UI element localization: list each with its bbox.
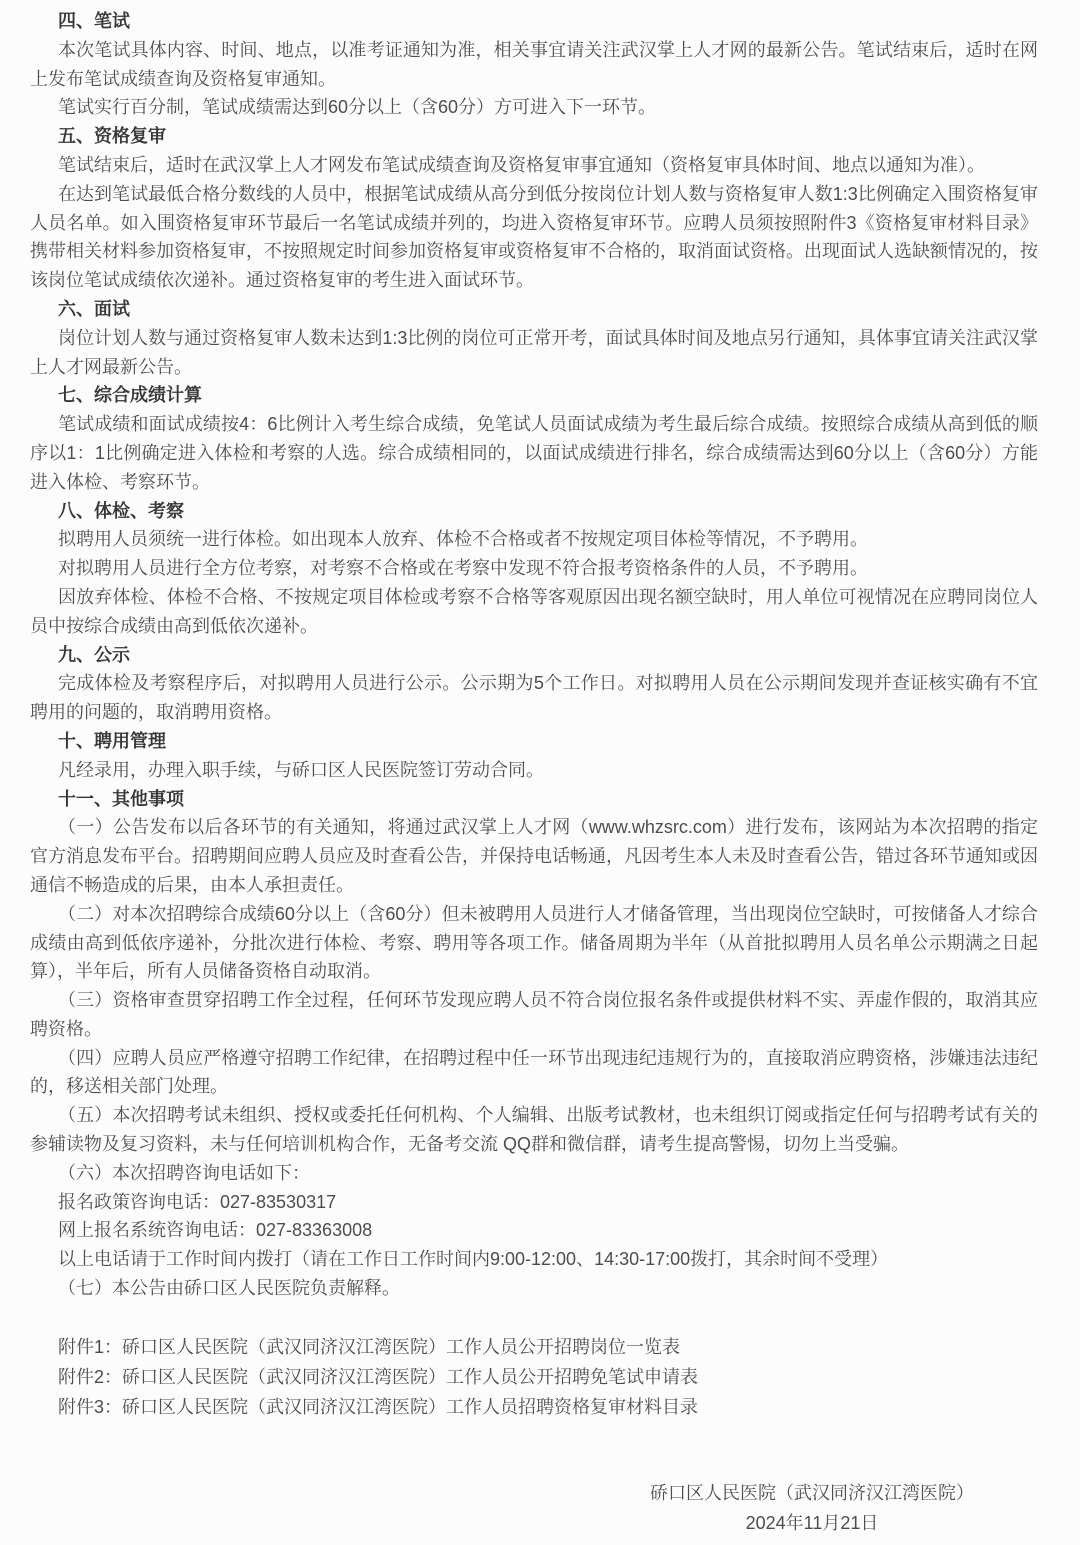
paragraph: 凡经录用，办理入职手续，与硚口区人民医院签订劳动合同。: [30, 756, 1038, 785]
section-heading: 十一、其他事项: [30, 785, 1038, 814]
paragraph: （一）公告发布以后各环节的有关通知，将通过武汉掌上人才网（www.whzsrc.…: [30, 813, 1038, 899]
signature-block: 硚口区人民医院（武汉同济汉江湾医院） 2024年11月21日: [650, 1478, 974, 1538]
attachments-list: 附件1：硚口区人民医院（武汉同济汉江湾医院）工作人员公开招聘岗位一览表附件2：硚…: [30, 1332, 1038, 1422]
paragraph: （四）应聘人员应严格遵守招聘工作纪律，在招聘过程中任一环节出现违纪违规行为的，直…: [30, 1044, 1038, 1102]
attachment-item: 附件1：硚口区人民医院（武汉同济汉江湾医院）工作人员公开招聘岗位一览表: [30, 1332, 1038, 1362]
paragraph: （七）本公告由硚口区人民医院负责解释。: [30, 1274, 1038, 1303]
paragraph: 岗位计划人数与通过资格复审人数未达到1:3比例的岗位可正常开考，面试具体时间及地…: [30, 324, 1038, 382]
issuer-name: 硚口区人民医院（武汉同济汉江湾医院）: [650, 1478, 974, 1508]
paragraph: 在达到笔试最低合格分数线的人员中，根据笔试成绩从高分到低分按岗位计划人数与资格复…: [30, 180, 1038, 295]
document-body: 四、笔试本次笔试具体内容、时间、地点，以准考证通知为准，相关事宜请关注武汉掌上人…: [30, 7, 1038, 1303]
paragraph: （二）对本次招聘综合成绩60分以上（含60分）但未被聘用人员进行人才储备管理，当…: [30, 900, 1038, 986]
issue-date: 2024年11月21日: [650, 1508, 974, 1538]
paragraph: 因放弃体检、体检不合格、不按规定项目体检或考察不合格等客观原因出现名额空缺时，用…: [30, 583, 1038, 641]
paragraph: 拟聘用人员须统一进行体检。如出现本人放弃、体检不合格或者不按规定项目体检等情况，…: [30, 525, 1038, 554]
section-heading: 四、笔试: [30, 7, 1038, 36]
paragraph: 网上报名系统咨询电话：027-83363008: [30, 1216, 1038, 1245]
paragraph: 笔试实行百分制，笔试成绩需达到60分以上（含60分）方可进入下一环节。: [30, 93, 1038, 122]
paragraph: 报名政策咨询电话：027-83530317: [30, 1188, 1038, 1217]
paragraph: 笔试结束后，适时在武汉掌上人才网发布笔试成绩查询及资格复审事宜通知（资格复审具体…: [30, 151, 1038, 180]
paragraph: 以上电话请于工作时间内拨打（请在工作日工作时间内9:00-12:00、14:30…: [30, 1245, 1038, 1274]
paragraph: （五）本次招聘考试未组织、授权或委托任何机构、个人编辑、出版考试教材，也未组织订…: [30, 1101, 1038, 1159]
paragraph: （三）资格审查贯穿招聘工作全过程，任何环节发现应聘人员不符合岗位报名条件或提供材…: [30, 986, 1038, 1044]
paragraph: 本次笔试具体内容、时间、地点，以准考证通知为准，相关事宜请关注武汉掌上人才网的最…: [30, 36, 1038, 94]
paragraph: （六）本次招聘咨询电话如下：: [30, 1159, 1038, 1188]
paragraph: 完成体检及考察程序后，对拟聘用人员进行公示。公示期为5个工作日。对拟聘用人员在公…: [30, 669, 1038, 727]
section-heading: 九、公示: [30, 641, 1038, 670]
section-heading: 十、聘用管理: [30, 727, 1038, 756]
section-heading: 五、资格复审: [30, 122, 1038, 151]
paragraph: 对拟聘用人员进行全方位考察，对考察不合格或在考察中发现不符合报考资格条件的人员，…: [30, 554, 1038, 583]
paragraph: 笔试成绩和面试成绩按4：6比例计入考生综合成绩，免笔试人员面试成绩为考生最后综合…: [30, 410, 1038, 496]
section-heading: 八、体检、考察: [30, 497, 1038, 526]
section-heading: 六、面试: [30, 295, 1038, 324]
attachment-item: 附件3：硚口区人民医院（武汉同济汉江湾医院）工作人员招聘资格复审材料目录: [30, 1392, 1038, 1422]
attachment-item: 附件2：硚口区人民医院（武汉同济汉江湾医院）工作人员公开招聘免笔试申请表: [30, 1362, 1038, 1392]
section-heading: 七、综合成绩计算: [30, 381, 1038, 410]
announcement-document: 四、笔试本次笔试具体内容、时间、地点，以准考证通知为准，相关事宜请关注武汉掌上人…: [0, 0, 1080, 1545]
